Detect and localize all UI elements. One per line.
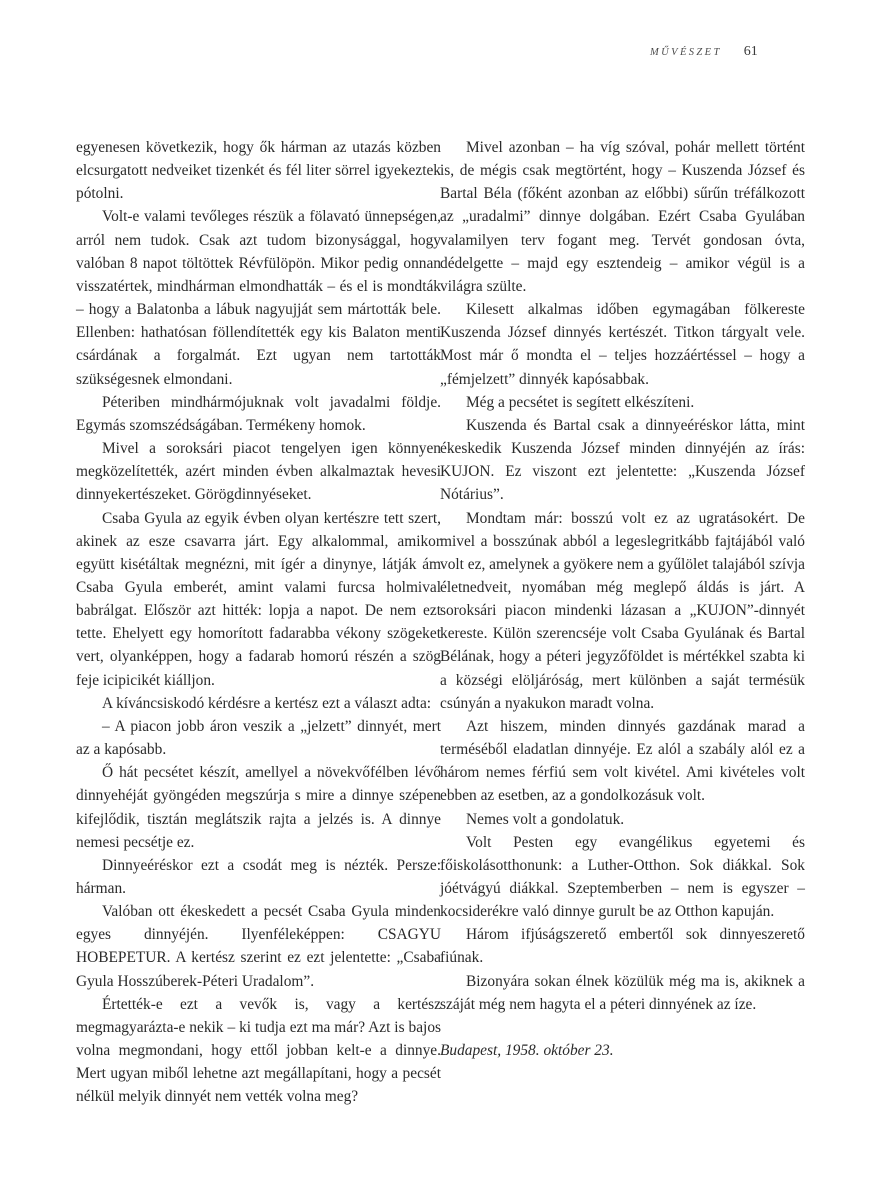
paragraph: Bizonyára sokan élnek közülük még ma is,… <box>440 970 805 1016</box>
paragraph: Azt hiszem, minden dinnyés gazdának mara… <box>440 715 805 808</box>
section-title: MŰVÉSZET <box>650 47 722 58</box>
paragraph: Valóban ott ékeskedett a pecsét Csaba Gy… <box>76 900 441 993</box>
paragraph: Kilesett alkalmas időben egymagában fölk… <box>440 298 805 391</box>
paragraph: Mivel azonban – ha víg szóval, pohár mel… <box>440 136 805 298</box>
paragraph: Értették-e ezt a vevők is, vagy a kertés… <box>76 993 441 1109</box>
paragraph: Volt-e valami tevőleges részük a fölavat… <box>76 205 441 390</box>
signature-place-date: Budapest, 1958. október 23. <box>440 1039 805 1062</box>
running-header: MŰVÉSZET 61 <box>650 44 810 64</box>
paragraph: Péteriben mindhármójuknak volt javadalmi… <box>76 391 441 437</box>
paragraph: Dinnyeéréskor ezt a csodát meg is nézték… <box>76 854 441 900</box>
paragraph: Ő hát pecsétet készít, amellyel a növekv… <box>76 761 441 854</box>
paragraph: Mivel a soroksári piacot tengelyen igen … <box>76 437 441 506</box>
dialogue-paragraph: – A piacon jobb áron veszik a „jelzett” … <box>76 715 441 761</box>
page-number: 61 <box>744 44 758 60</box>
paragraph: Három ifjúságszerető embertől sok dinnye… <box>440 923 805 969</box>
right-column: Mivel azonban – ha víg szóval, pohár mel… <box>440 136 805 1062</box>
left-column: egyenesen következik, hogy ők hárman az … <box>76 136 441 1109</box>
paragraph: egyenesen következik, hogy ők hárman az … <box>76 136 441 205</box>
paragraph: Kuszenda és Bartal csak a dinnyeéréskor … <box>440 414 805 507</box>
paragraph: Mondtam már: bosszú volt ez az ugratások… <box>440 507 805 715</box>
paragraph: Még a pecsétet is segített elkészíteni. <box>440 391 805 414</box>
paragraph: Nemes volt a gondolatuk. <box>440 808 805 831</box>
paragraph: A kíváncsiskodó kérdésre a kertész ezt a… <box>76 692 441 715</box>
paragraph: Volt Pesten egy evangélikus egyetemi és … <box>440 831 805 924</box>
paragraph: Csaba Gyula az egyik évben olyan kertész… <box>76 507 441 692</box>
